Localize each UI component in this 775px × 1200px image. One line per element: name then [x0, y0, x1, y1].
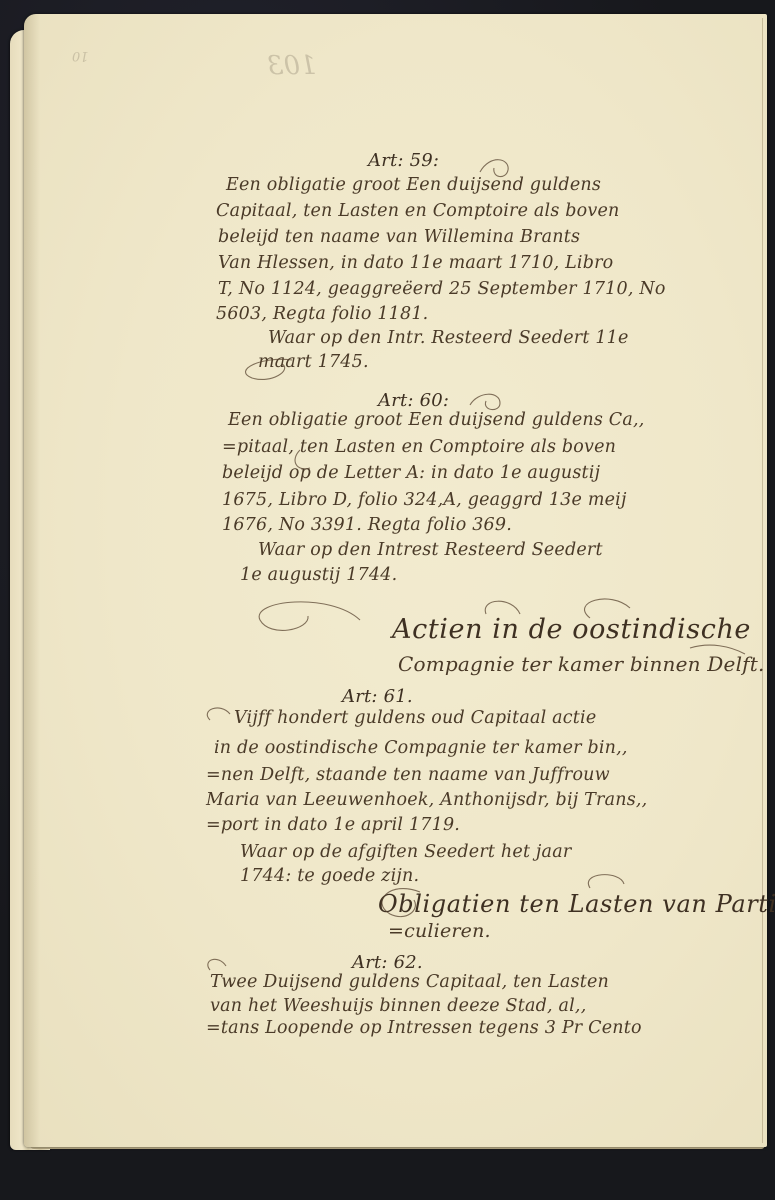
entry-line: Capitaal, ten Lasten en Comptoire als bo…: [216, 201, 620, 221]
entry-line: beleijd ten naame van Willemina Brants: [218, 227, 580, 247]
entry-line: Maria van Leeuwenhoek, Anthonijsdr, bij …: [206, 790, 647, 810]
entry-note-line: Waar op den Intr. Resteerd Seedert 11e: [268, 328, 629, 348]
entry-heading: Art: 62.: [352, 952, 423, 973]
entry-line: T, No 1124, geaggreëerd 25 September 171…: [218, 279, 666, 299]
entry-line: 1676, No 3391. Regta folio 369.: [222, 515, 512, 535]
entry-line: =nen Delft, staande ten naame van Juffro…: [206, 765, 610, 785]
entry-line: 5603, Regta folio 1181.: [216, 304, 428, 324]
entry-line: Van Hlessen, in dato 11e maart 1710, Lib…: [218, 253, 613, 273]
entry-line: =port in dato 1e april 1719.: [206, 815, 460, 835]
entry-line: beleijd op de Letter A: in dato 1e augus…: [222, 463, 600, 483]
entry-heading: Art: 60:: [378, 390, 449, 411]
entry-line: van het Weeshuijs binnen deeze Stad, al,…: [210, 996, 586, 1016]
bleed-through-page-number-left: 10: [72, 48, 89, 63]
entry-line: 1675, Libro D, folio 324,A, geaggrd 13e …: [222, 490, 627, 510]
entry-line: Twee Duijsend guldens Capitaal, ten Last…: [210, 972, 609, 992]
entry-line: Een obligatie groot Een duijsend guldens: [226, 175, 601, 195]
entry-note-line: Waar op de afgiften Seedert het jaar: [240, 842, 571, 862]
entry-line: =tans Loopende op Intressen tegens 3 Pr …: [206, 1018, 642, 1038]
entry-note-line: maart 1745.: [258, 352, 369, 372]
section-title-line: Actien in de oostindische: [392, 614, 751, 645]
bleed-through-page-number-top: 103: [267, 51, 317, 81]
entry-heading: Art: 59:: [368, 150, 439, 171]
entry-line: Vijff hondert guldens oud Capitaal actie: [234, 708, 596, 728]
entry-line: in de oostindische Compagnie ter kamer b…: [214, 738, 628, 758]
section-title-line: Obligatien ten Lasten van Parti,,: [378, 890, 775, 918]
entry-note-line: Waar op den Intrest Resteerd Seedert: [258, 540, 603, 560]
section-title-line: Compagnie ter kamer binnen Delft.: [398, 652, 765, 676]
entry-note-line: 1e augustij 1744.: [240, 565, 397, 585]
entry-heading: Art: 61.: [342, 686, 413, 707]
entry-line: =pitaal, ten Lasten en Comptoire als bov…: [222, 437, 616, 457]
section-title-line: =culieren.: [388, 920, 491, 942]
entry-line: Een obligatie groot Een duijsend guldens…: [228, 410, 645, 430]
entry-note-line: 1744: te goede zijn.: [240, 866, 419, 886]
